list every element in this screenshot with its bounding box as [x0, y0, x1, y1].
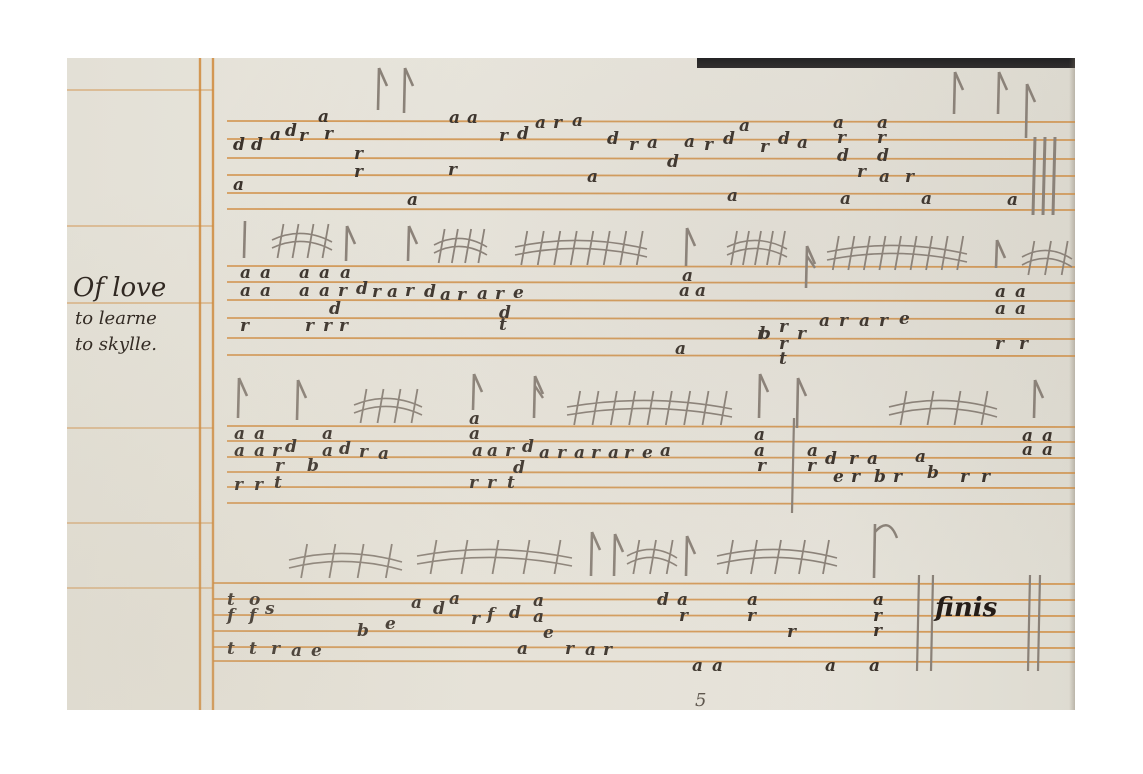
tab-letter: r: [995, 334, 1005, 354]
flag-stem: [759, 374, 760, 418]
tab-letter: a: [319, 281, 330, 301]
rhythm-flag-single: [297, 380, 306, 420]
tab-letter: d: [513, 458, 525, 478]
flag-stem: [244, 221, 245, 258]
staff-line: [227, 355, 1075, 356]
tab-letter: r: [877, 128, 887, 148]
flag-head: [955, 72, 963, 90]
flag-stem: [1034, 380, 1035, 418]
tab-letter: a: [684, 132, 695, 152]
flag-stem: [591, 532, 592, 576]
tab-letter: r: [629, 135, 639, 155]
flag-stem: [238, 378, 239, 418]
folio-number: 5: [695, 690, 706, 710]
tab-letter: a: [240, 263, 251, 283]
flag-stem: [346, 226, 347, 261]
rhythm-beam-group: [515, 231, 647, 265]
beam-stroke: [354, 406, 422, 415]
tab-letter: r: [704, 135, 714, 155]
rhythm-flag-single: [996, 240, 1005, 268]
rhythm-stem: [864, 236, 870, 270]
rhythm-stem: [604, 231, 610, 265]
flag-head: [999, 72, 1007, 90]
margin-title-line-1: Of love: [73, 273, 166, 303]
finis-word: finis: [933, 593, 998, 623]
flag-head: [798, 378, 806, 396]
tab-letter: r: [879, 311, 889, 331]
staff-line: [227, 487, 1075, 488]
tab-letter: r: [305, 316, 315, 336]
tab-letter: a: [727, 186, 738, 206]
tab-letter: a: [407, 190, 418, 210]
rhythm-beam-group: [717, 540, 837, 574]
tab-letter: r: [837, 128, 847, 148]
beam-stroke: [889, 408, 997, 417]
rhythm-stem: [667, 540, 673, 574]
tab-letter: r: [471, 609, 481, 629]
flag-head: [1035, 380, 1043, 398]
rhythm-stem: [554, 231, 560, 265]
tab-letter: a: [340, 263, 351, 283]
tab-letter: r: [553, 113, 563, 133]
flag-head: [298, 380, 306, 398]
rhythm-stem: [358, 544, 364, 578]
tab-letter: r: [893, 467, 903, 487]
tab-letter: r: [797, 324, 807, 344]
tab-letter: t: [249, 639, 257, 659]
rhythm-flag-single: [404, 68, 413, 113]
bar-line: [917, 575, 919, 671]
rhythm-beam-group: [727, 231, 787, 265]
rhythm-beam-group: [289, 544, 402, 578]
tab-letter: a: [539, 443, 550, 463]
rhythm-stem: [942, 236, 948, 270]
tab-letter: e: [311, 641, 322, 661]
rhythm-stem: [703, 391, 709, 425]
tab-letter: a: [535, 113, 546, 133]
rhythm-stem: [767, 231, 773, 265]
tab-letter: a: [572, 111, 583, 131]
tab-letter: d: [778, 129, 790, 149]
tab-letter: a: [449, 589, 460, 609]
tab-letter: r: [487, 473, 497, 493]
tab-letter: a: [682, 266, 693, 286]
tab-letter: r: [1019, 334, 1029, 354]
tab-letter: r: [960, 467, 970, 487]
tab-letter: d: [837, 146, 849, 166]
tab-letter: a: [449, 108, 460, 128]
staff-line: [227, 209, 1075, 210]
tab-letter: r: [565, 639, 575, 659]
rhythm-flag-single: [686, 228, 695, 266]
tab-letter: f: [226, 606, 237, 626]
staff-line: [227, 300, 1075, 301]
rhythm-flag-plain: [244, 221, 245, 258]
rhythm-stem: [731, 231, 737, 265]
tab-letter: d: [877, 146, 889, 166]
rhythm-stem: [743, 231, 749, 265]
tab-letter: r: [405, 281, 415, 301]
flag-stem: [534, 376, 535, 418]
tab-letter: s: [264, 599, 275, 619]
tab-letter: a: [291, 641, 302, 661]
rhythm-flag-single: [614, 534, 623, 576]
flag-stem: [1026, 84, 1027, 138]
tab-letter: a: [675, 339, 686, 359]
tab-letter: r: [271, 639, 281, 659]
staff-line: [213, 631, 1075, 632]
tab-letter: r: [760, 137, 770, 157]
rhythm-stem: [395, 389, 401, 423]
rhythm-flag-single: [759, 374, 768, 418]
rhythm-flag-single: [238, 378, 247, 418]
flag-head: [239, 378, 247, 396]
beam-stroke: [515, 248, 647, 257]
rhythm-flag-single: [1034, 380, 1043, 418]
rhythm-stem: [412, 389, 418, 423]
tab-letter: r: [372, 282, 382, 302]
tab-letter: a: [712, 656, 723, 676]
tab-letter: t: [779, 349, 787, 369]
tab-letter: r: [324, 124, 334, 144]
rhythm-beam-group: [434, 229, 487, 263]
rhythm-stem: [901, 391, 907, 425]
rhythm-stem: [799, 540, 805, 574]
tab-letter: r: [757, 456, 767, 476]
tab-letter: e: [642, 443, 653, 463]
staff-line: [213, 661, 1075, 662]
tab-letter: d: [667, 152, 679, 172]
rhythm-stem: [727, 540, 733, 574]
final-bar-line: [1033, 137, 1035, 215]
tab-letter: a: [995, 299, 1006, 319]
bar-line: [1028, 575, 1030, 671]
tab-letter: a: [322, 441, 333, 461]
tab-letter: a: [299, 281, 310, 301]
staff-line: [213, 583, 1075, 584]
flag-stem: [614, 534, 615, 576]
tab-letter: e: [513, 283, 524, 303]
flag-head: [1027, 84, 1035, 102]
rhythm-flag-single: [591, 532, 600, 576]
rhythm-stem: [1062, 241, 1068, 275]
bar-line: [792, 418, 794, 513]
rhythm-stem: [386, 544, 392, 578]
flag-head: [615, 534, 623, 552]
tablature-system-2: aaaaaaaaardrardarareaaaddtrrrrrbrrararer…: [227, 221, 1075, 369]
tab-letter: a: [1007, 190, 1018, 210]
tab-letter: a: [921, 189, 932, 209]
final-bar-line: [1053, 137, 1055, 215]
tab-letter: r: [469, 473, 479, 493]
tab-letter: a: [411, 593, 422, 613]
tab-letter: a: [608, 443, 619, 463]
tab-letter: a: [867, 449, 878, 469]
tab-letter: d: [433, 599, 445, 619]
tab-letter: a: [487, 441, 498, 461]
rhythm-flag-single: [1026, 84, 1035, 138]
margin-title: Of love to learne to skylle.: [73, 273, 166, 355]
tab-letter: e: [833, 467, 844, 487]
staff-line: [227, 318, 1075, 319]
tab-letter: r: [234, 475, 244, 495]
tab-letter: e: [899, 309, 910, 329]
tablature-sheet: ddadrarrraaaarrdaraadradardaardaarardard…: [67, 58, 1075, 710]
tab-letter: r: [905, 167, 915, 187]
rhythm-stem: [323, 224, 329, 258]
tab-letter: r: [679, 606, 689, 626]
rhythm-stem: [555, 540, 561, 574]
tablature-systems: ddadrarrraaaarrdaraadradardaardaarardard…: [213, 68, 1075, 676]
tab-letter: r: [254, 475, 264, 495]
manuscript-page: ddadrarrraaaarrdaraadradardaardaarardard…: [67, 58, 1075, 710]
tab-letter: r: [591, 443, 601, 463]
tab-letter: r: [240, 316, 250, 336]
staff-line: [227, 266, 1075, 267]
staff-line: [227, 441, 1075, 442]
rhythm-stem: [465, 229, 471, 263]
rhythm-beam-group: [354, 389, 422, 423]
rhythm-stem: [955, 391, 961, 425]
tab-letter: a: [517, 639, 528, 659]
rhythm-beam-group: [1022, 241, 1072, 275]
flag-stem: [954, 72, 955, 114]
flag-head: [379, 68, 387, 86]
tab-letter: r: [849, 449, 859, 469]
flag-stem: [998, 72, 999, 114]
tab-letter: a: [797, 133, 808, 153]
rhythm-stem: [751, 540, 757, 574]
tab-letter: a: [585, 640, 596, 660]
tab-letter: a: [574, 443, 585, 463]
tab-letter: a: [378, 444, 389, 464]
tab-letter: r: [807, 456, 817, 476]
staff-line: [227, 503, 1075, 504]
tab-letter: a: [695, 281, 706, 301]
rhythm-flag-single: [378, 68, 387, 110]
rhythm-beam-group: [417, 540, 572, 574]
tab-letter: a: [747, 590, 758, 610]
tab-letter: a: [647, 133, 658, 153]
tab-letter: b: [759, 324, 771, 344]
rhythm-stem: [478, 229, 484, 263]
rhythm-stem: [524, 540, 530, 574]
flag-stem: [378, 68, 379, 110]
rhythm-stem: [911, 236, 917, 270]
rhythm-stem: [301, 544, 307, 578]
tab-letter: d: [723, 129, 735, 149]
tab-letter: r: [839, 311, 849, 331]
tab-letter: r: [851, 467, 861, 487]
tab-letter: a: [467, 108, 478, 128]
tab-letter: b: [307, 456, 319, 476]
staff-line: [213, 647, 1075, 648]
tab-letter: a: [260, 263, 271, 283]
rhythm-beam-group: [272, 224, 332, 258]
tab-letter: a: [477, 284, 488, 304]
tab-letter: a: [299, 263, 310, 283]
tab-letter: r: [787, 622, 797, 642]
tab-letter: t: [227, 639, 235, 659]
staff-line: [227, 426, 1075, 427]
tab-letter: b: [874, 467, 886, 487]
rhythm-flag-single: [797, 378, 806, 428]
flag-stem: [686, 228, 687, 266]
tab-letter: a: [440, 285, 451, 305]
tab-letter: d: [424, 282, 436, 302]
tab-letter: r: [448, 160, 458, 180]
tab-letter: a: [915, 447, 926, 467]
tab-letter: d: [339, 439, 351, 459]
tab-letter: d: [517, 124, 529, 144]
tab-letter: r: [495, 284, 505, 304]
rhythm-stem: [633, 540, 639, 574]
flag-stem: [297, 380, 298, 420]
flag-head: [687, 536, 695, 554]
rhythm-stem: [1028, 241, 1034, 275]
tab-letter: r: [499, 126, 509, 146]
tab-letter: t: [499, 315, 507, 335]
rhythm-stem: [308, 224, 314, 258]
tab-letter: r: [557, 443, 567, 463]
flag-head: [997, 240, 1005, 258]
tab-letter: a: [387, 282, 398, 302]
rhythm-flag-curl: [874, 524, 897, 578]
tab-letter: e: [543, 623, 554, 643]
tab-letter: a: [234, 441, 245, 461]
rhythm-flag-single: [686, 536, 695, 576]
tab-letter: a: [240, 281, 251, 301]
tab-letter: a: [472, 441, 483, 461]
tablature-system-3: aaaardaadraaaaardararareaaarrbrrtrrtdard…: [227, 374, 1075, 513]
tab-letter: d: [233, 135, 245, 155]
tab-letter: r: [457, 285, 467, 305]
tablature-system-1: ddadrarrraaaarrdaraadradardaardaarardard…: [227, 68, 1075, 215]
tab-letter: d: [251, 135, 263, 155]
tab-letter: a: [1022, 440, 1033, 460]
rhythm-beam-group: [627, 540, 677, 574]
tab-letter: d: [356, 279, 368, 299]
tab-letter: d: [607, 129, 619, 149]
flag-head: [687, 228, 695, 246]
staff-line: [227, 193, 1075, 194]
staff-line: [227, 282, 1075, 283]
flag-stem: [404, 68, 405, 113]
rhythm-stem: [620, 231, 626, 265]
rhythm-flag-single: [346, 226, 355, 261]
flag-stem: [408, 226, 409, 261]
tab-letter: d: [285, 437, 297, 457]
tab-letter: a: [819, 311, 830, 331]
rhythm-stem: [666, 391, 672, 425]
tab-letter: r: [354, 144, 364, 164]
ruling-lines: [67, 58, 213, 710]
tab-letter: d: [657, 590, 669, 610]
tab-letter: d: [522, 437, 534, 457]
rhythm-stem: [982, 391, 988, 425]
tab-letter: a: [587, 167, 598, 187]
rhythm-flag-single: [408, 226, 417, 261]
flag-head: [409, 226, 417, 244]
tab-letter: a: [254, 441, 265, 461]
margin-title-line-2: to learne: [75, 308, 157, 329]
tab-letter: r: [339, 316, 349, 336]
tab-letter: a: [1015, 299, 1026, 319]
rhythm-stem: [431, 540, 437, 574]
tab-letter: e: [385, 614, 396, 634]
rhythm-beam-group: [889, 391, 997, 425]
tab-letter: r: [299, 126, 309, 146]
staff-line: [227, 121, 1075, 122]
tab-letter: a: [840, 189, 851, 209]
flag-head: [405, 68, 413, 86]
tab-letter: a: [319, 263, 330, 283]
flag-head: [474, 374, 482, 392]
rhythm-flag-single: [473, 374, 482, 410]
staff-line: [227, 472, 1075, 473]
rhythm-stem: [848, 236, 854, 270]
tab-letter: a: [869, 656, 880, 676]
tab-letter: a: [739, 116, 750, 136]
flag-stem: [806, 246, 807, 288]
bar-line: [1038, 575, 1040, 671]
rhythm-stem: [593, 391, 599, 425]
tab-letter: r: [603, 640, 613, 660]
tab-letter: a: [1042, 440, 1053, 460]
tab-letter: a: [233, 175, 244, 195]
rhythm-stem: [833, 236, 839, 270]
flag-stem: [874, 524, 875, 578]
staff-line: [227, 338, 1075, 339]
flag-head: [592, 532, 600, 550]
bar-line: [931, 575, 933, 671]
tab-letter: a: [692, 656, 703, 676]
tab-letter: r: [354, 162, 364, 182]
flag-curl: [875, 525, 897, 538]
rhythm-beam-group: [567, 391, 732, 425]
tab-letter: a: [260, 281, 271, 301]
rhythm-flag-double: [534, 376, 543, 418]
tab-letter: r: [873, 621, 883, 641]
rhythm-stem: [521, 231, 527, 265]
tab-letter: t: [274, 473, 282, 493]
rhythm-stem: [823, 540, 829, 574]
final-bar-line: [1043, 137, 1045, 215]
rhythm-stem: [684, 391, 690, 425]
flag-stem: [686, 536, 687, 576]
tab-letter: a: [879, 167, 890, 187]
tab-letter: r: [338, 281, 348, 301]
tab-letter: d: [825, 449, 837, 469]
tab-letter: r: [624, 443, 634, 463]
tab-letter: r: [323, 316, 333, 336]
rhythm-beam-group: [827, 236, 967, 270]
tab-letter: r: [857, 162, 867, 182]
tab-letter: a: [660, 441, 671, 461]
flag-stem: [797, 378, 798, 428]
flag-head: [760, 374, 768, 392]
flag-stem: [996, 240, 997, 268]
tab-letter: b: [357, 621, 369, 641]
tab-letter: d: [509, 603, 521, 623]
rhythm-stem: [926, 236, 932, 270]
margin-title-line-3: to skylle.: [75, 334, 157, 355]
rhythm-flag-single: [954, 72, 963, 114]
tab-letter: a: [825, 656, 836, 676]
rhythm-flag-single: [998, 72, 1007, 114]
tab-letter: a: [859, 311, 870, 331]
rhythm-stem: [538, 231, 544, 265]
